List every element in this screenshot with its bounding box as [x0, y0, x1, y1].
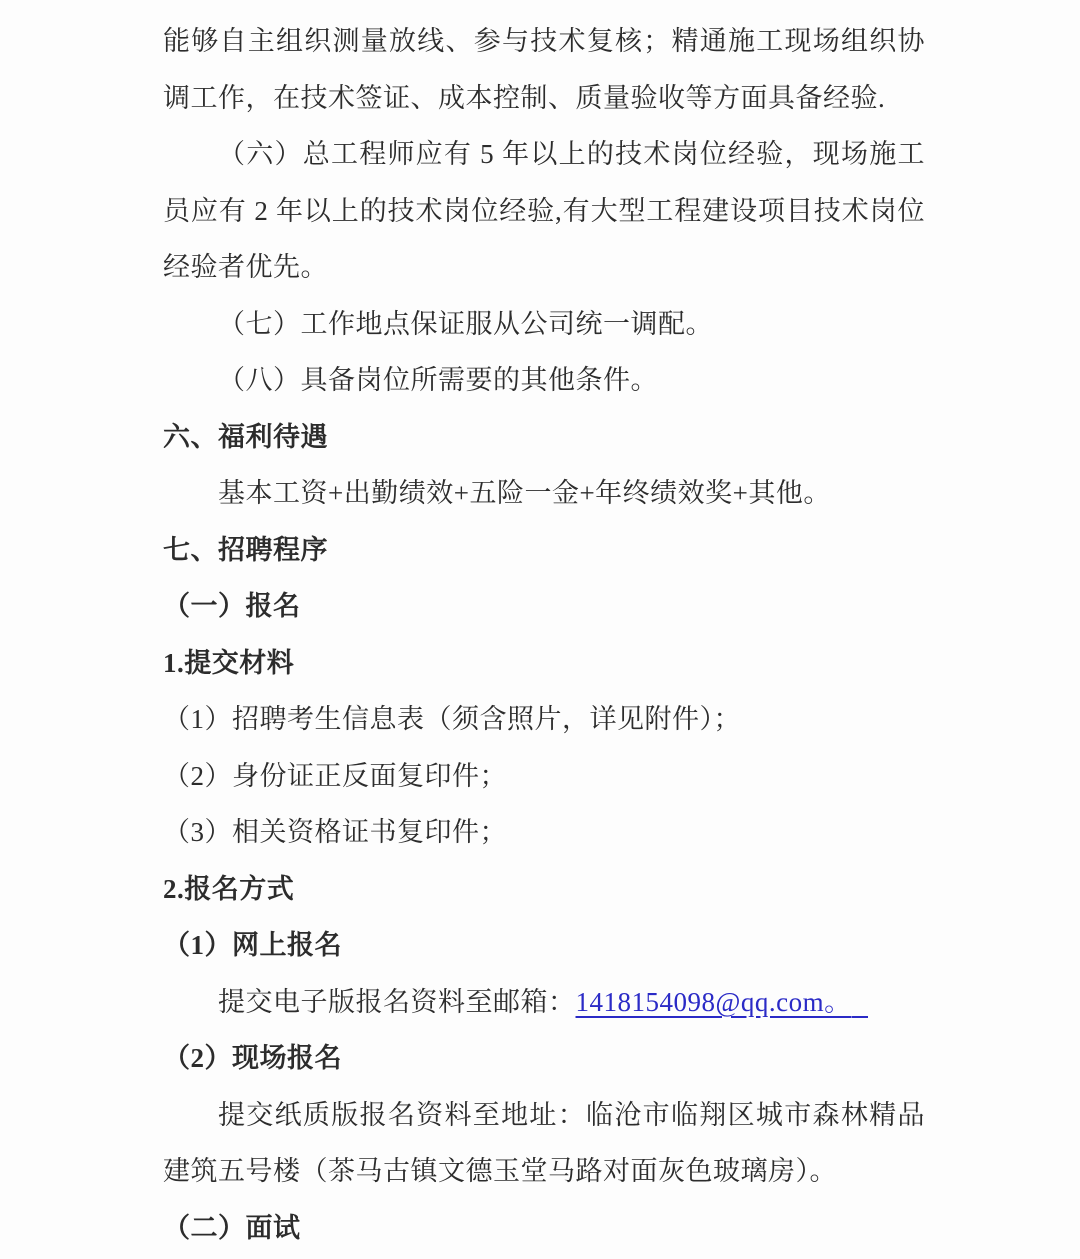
material-item-3: （3）相关资格证书复印件；: [163, 804, 925, 861]
email-instruction-text: 提交电子版报名资料至邮箱：: [218, 987, 576, 1017]
subsection-heading-interview: （二）面试: [163, 1200, 925, 1257]
subsection-heading-online-registration: （1）网上报名: [163, 917, 925, 974]
subsection-heading-submit-materials: 1.提交材料: [163, 635, 925, 692]
benefits-description: 基本工资+出勤绩效+五险一金+年终绩效奖+其他。: [163, 465, 925, 522]
subsection-heading-registration-method: 2.报名方式: [163, 861, 925, 918]
section-heading-recruitment-procedure: 七、招聘程序: [163, 522, 925, 579]
material-item-1: （1）招聘考生信息表（须含照片，详见附件）；: [163, 691, 925, 748]
onsite-registration-instruction: 提交纸质版报名资料至地址：临沧市临翔区城市森林精品建筑五号楼（茶马古镇文德玉堂马…: [163, 1087, 925, 1200]
requirement-item-8: （八）具备岗位所需要的其他条件。: [163, 352, 925, 409]
section-heading-benefits: 六、福利待遇: [163, 409, 925, 466]
requirement-item-6: （六）总工程师应有 5 年以上的技术岗位经验，现场施工员应有 2 年以上的技术岗…: [163, 126, 925, 296]
subsection-heading-registration: （一）报名: [163, 578, 925, 635]
paragraph-experience-continuation: 能够自主组织测量放线、参与技术复核；精通施工现场组织协调工作，在技术签证、成本控…: [163, 13, 925, 126]
material-item-2: （2）身份证正反面复印件；: [163, 748, 925, 805]
email-link-underline-tail: [852, 1016, 868, 1018]
document-page: 能够自主组织测量放线、参与技术复核；精通施工现场组织协调工作，在技术签证、成本控…: [0, 0, 1080, 1259]
email-link[interactable]: 1418154098@qq.com。: [576, 987, 852, 1017]
requirement-item-7: （七）工作地点保证服从公司统一调配。: [163, 296, 925, 353]
document-body: 能够自主组织测量放线、参与技术复核；精通施工现场组织协调工作，在技术签证、成本控…: [163, 0, 925, 1256]
online-registration-instruction: 提交电子版报名资料至邮箱：1418154098@qq.com。: [163, 974, 925, 1031]
subsection-heading-onsite-registration: （2）现场报名: [163, 1030, 925, 1087]
